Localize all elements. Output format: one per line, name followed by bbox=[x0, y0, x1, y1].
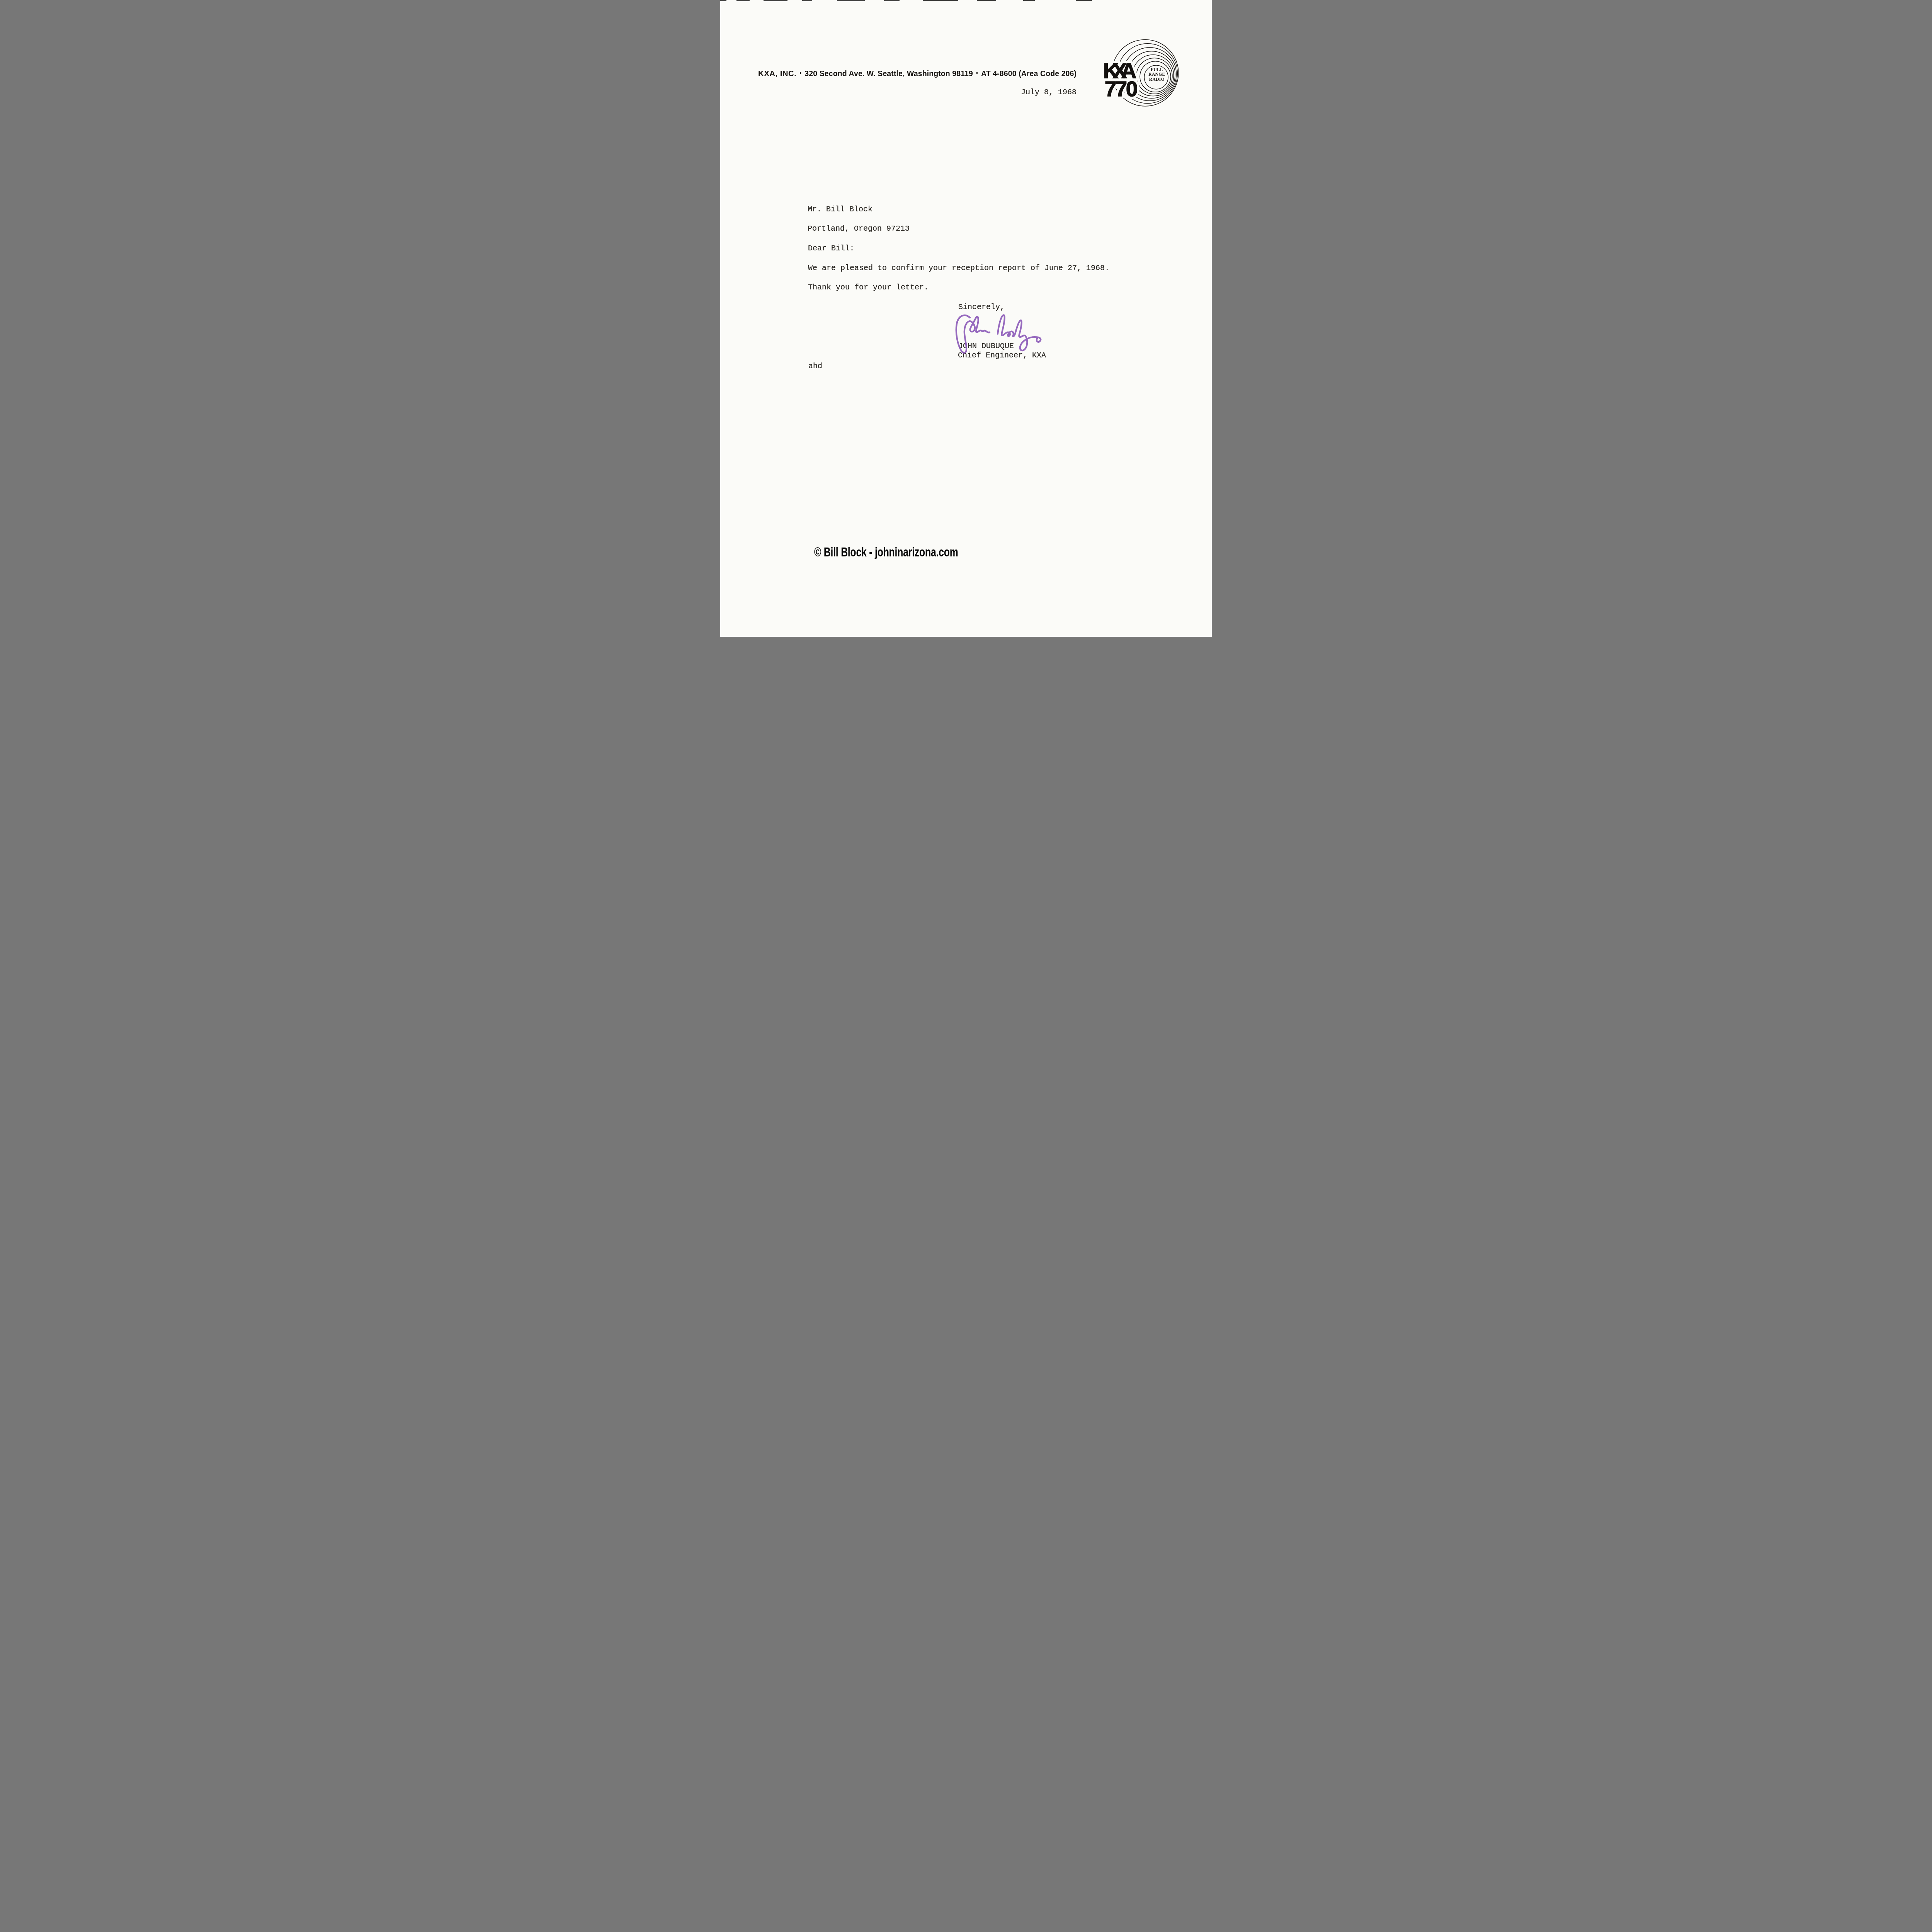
logo-frequency: 770 bbox=[1105, 77, 1138, 101]
logo-tagline-line: RANGE bbox=[1148, 72, 1165, 77]
typist-initials: ahd bbox=[808, 363, 822, 371]
body-line: We are pleased to confirm your reception… bbox=[808, 265, 1109, 272]
phone-text: AT 4-8600 (Area Code 206) bbox=[981, 70, 1077, 78]
scan-artifact bbox=[884, 0, 900, 1]
signature-stroke bbox=[956, 315, 1041, 353]
scan-artifact bbox=[1076, 0, 1092, 1]
body-line: Thank you for your letter. bbox=[808, 284, 929, 292]
logo-tagline-line: RADIO bbox=[1149, 77, 1165, 82]
scan-artifact bbox=[837, 0, 865, 1]
address-text: 320 Second Ave. W. Seattle, Washington 9… bbox=[804, 70, 973, 78]
kxa-logo: KXA 770 KXA 770 FULL RANGE RADIO bbox=[1102, 39, 1179, 107]
scan-artifact bbox=[720, 0, 726, 1]
scan-artifact bbox=[764, 0, 787, 1]
recipient-city: Portland, Oregon 97213 bbox=[808, 225, 910, 233]
radio-waves-icon: KXA 770 KXA 770 FULL RANGE RADIO bbox=[1102, 39, 1179, 107]
logo-tagline-line: FULL bbox=[1151, 68, 1163, 72]
scan-artifact bbox=[736, 0, 750, 1]
recipient-name: Mr. Bill Block bbox=[808, 206, 872, 214]
scan-artifact bbox=[923, 0, 958, 1]
scan-artifact bbox=[977, 0, 996, 1]
letterhead: KXA, INC. • 320 Second Ave. W. Seattle, … bbox=[758, 69, 1077, 78]
footer-credit: © Bill Block - johninarizona.com bbox=[814, 546, 958, 559]
bullet-separator-icon: • bbox=[976, 70, 978, 76]
date-line: July 8, 1968 bbox=[1021, 89, 1077, 97]
handwritten-signature bbox=[952, 309, 1049, 361]
letter-page: KXA, INC. • 320 Second Ave. W. Seattle, … bbox=[720, 0, 1212, 637]
salutation: Dear Bill: bbox=[808, 245, 854, 253]
company-name: KXA, INC. bbox=[758, 69, 796, 78]
scan-artifact bbox=[1023, 0, 1035, 1]
scan-artifact bbox=[802, 0, 812, 1]
bullet-separator-icon: • bbox=[799, 70, 801, 76]
